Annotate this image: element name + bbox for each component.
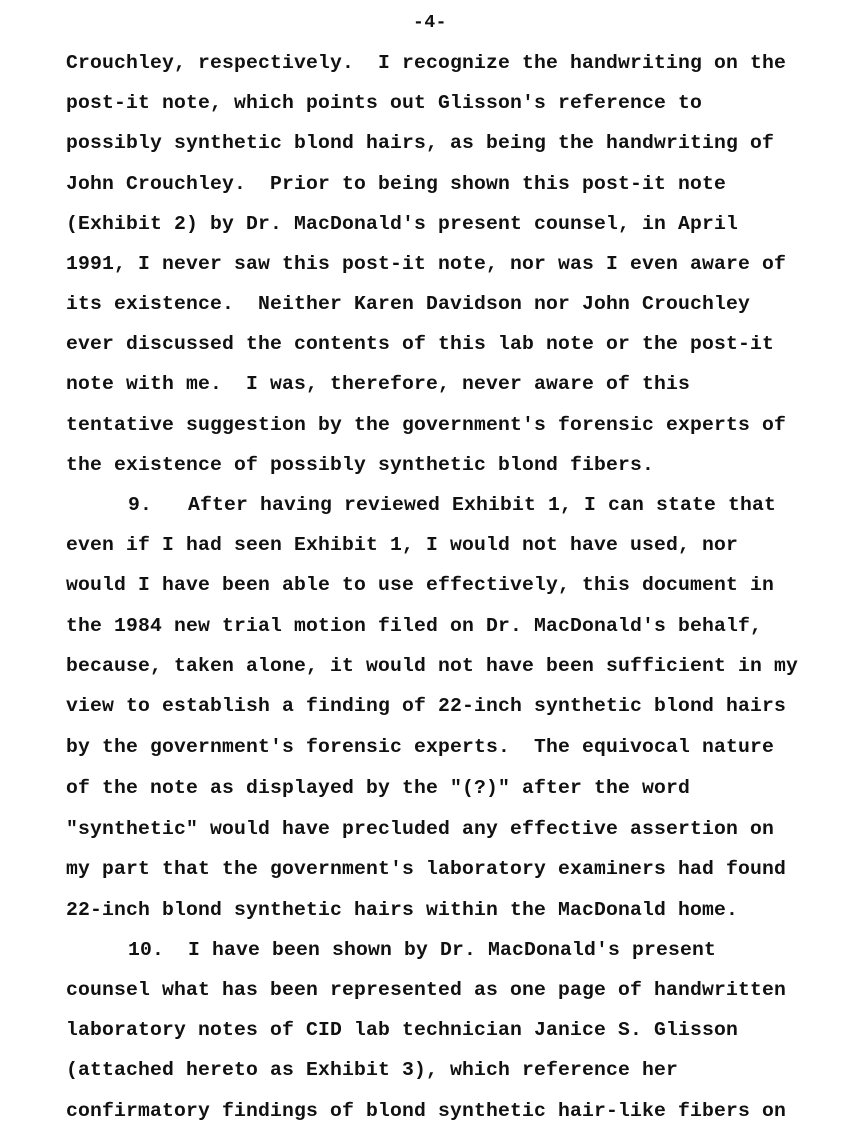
text-line: my part that the government's laboratory…	[66, 857, 786, 881]
paragraph-9-start: 9. After having reviewed Exhibit 1, I ca…	[128, 493, 776, 517]
text-line: view to establish a finding of 22-inch s…	[66, 694, 786, 718]
text-line: because, taken alone, it would not have …	[66, 654, 798, 678]
text-line: laboratory notes of CID lab technician J…	[66, 1018, 738, 1042]
text-line: counsel what has been represented as one…	[66, 978, 786, 1002]
document-page: -4- Crouchley, respectively. I recognize…	[0, 0, 860, 1142]
text-line: note with me. I was, therefore, never aw…	[66, 372, 690, 396]
text-line: tentative suggestion by the government's…	[66, 413, 786, 437]
page-number: -4-	[0, 13, 860, 33]
text-line: confirmatory findings of blond synthetic…	[66, 1099, 786, 1123]
text-line: Crouchley, respectively. I recognize the…	[66, 51, 786, 75]
text-line: would I have been able to use effectivel…	[66, 573, 774, 597]
paragraph-10-start: 10. I have been shown by Dr. MacDonald's…	[128, 938, 716, 962]
text-line: its existence. Neither Karen Davidson no…	[66, 292, 750, 316]
text-line: 22-inch blond synthetic hairs within the…	[66, 898, 738, 922]
text-line: the 1984 new trial motion filed on Dr. M…	[66, 614, 762, 638]
text-line: "synthetic" would have precluded any eff…	[66, 817, 774, 841]
text-line: 1991, I never saw this post-it note, nor…	[66, 252, 786, 276]
text-line: of the note as displayed by the "(?)" af…	[66, 776, 690, 800]
text-line: the existence of possibly synthetic blon…	[66, 453, 654, 477]
text-line: possibly synthetic blond hairs, as being…	[66, 131, 774, 155]
text-line: (Exhibit 2) by Dr. MacDonald's present c…	[66, 212, 738, 236]
text-line: ever discussed the contents of this lab …	[66, 332, 774, 356]
text-line: (attached hereto as Exhibit 3), which re…	[66, 1058, 678, 1082]
text-line: by the government's forensic experts. Th…	[66, 735, 774, 759]
text-line: John Crouchley. Prior to being shown thi…	[66, 172, 726, 196]
text-line: even if I had seen Exhibit 1, I would no…	[66, 533, 738, 557]
text-line: post-it note, which points out Glisson's…	[66, 91, 702, 115]
